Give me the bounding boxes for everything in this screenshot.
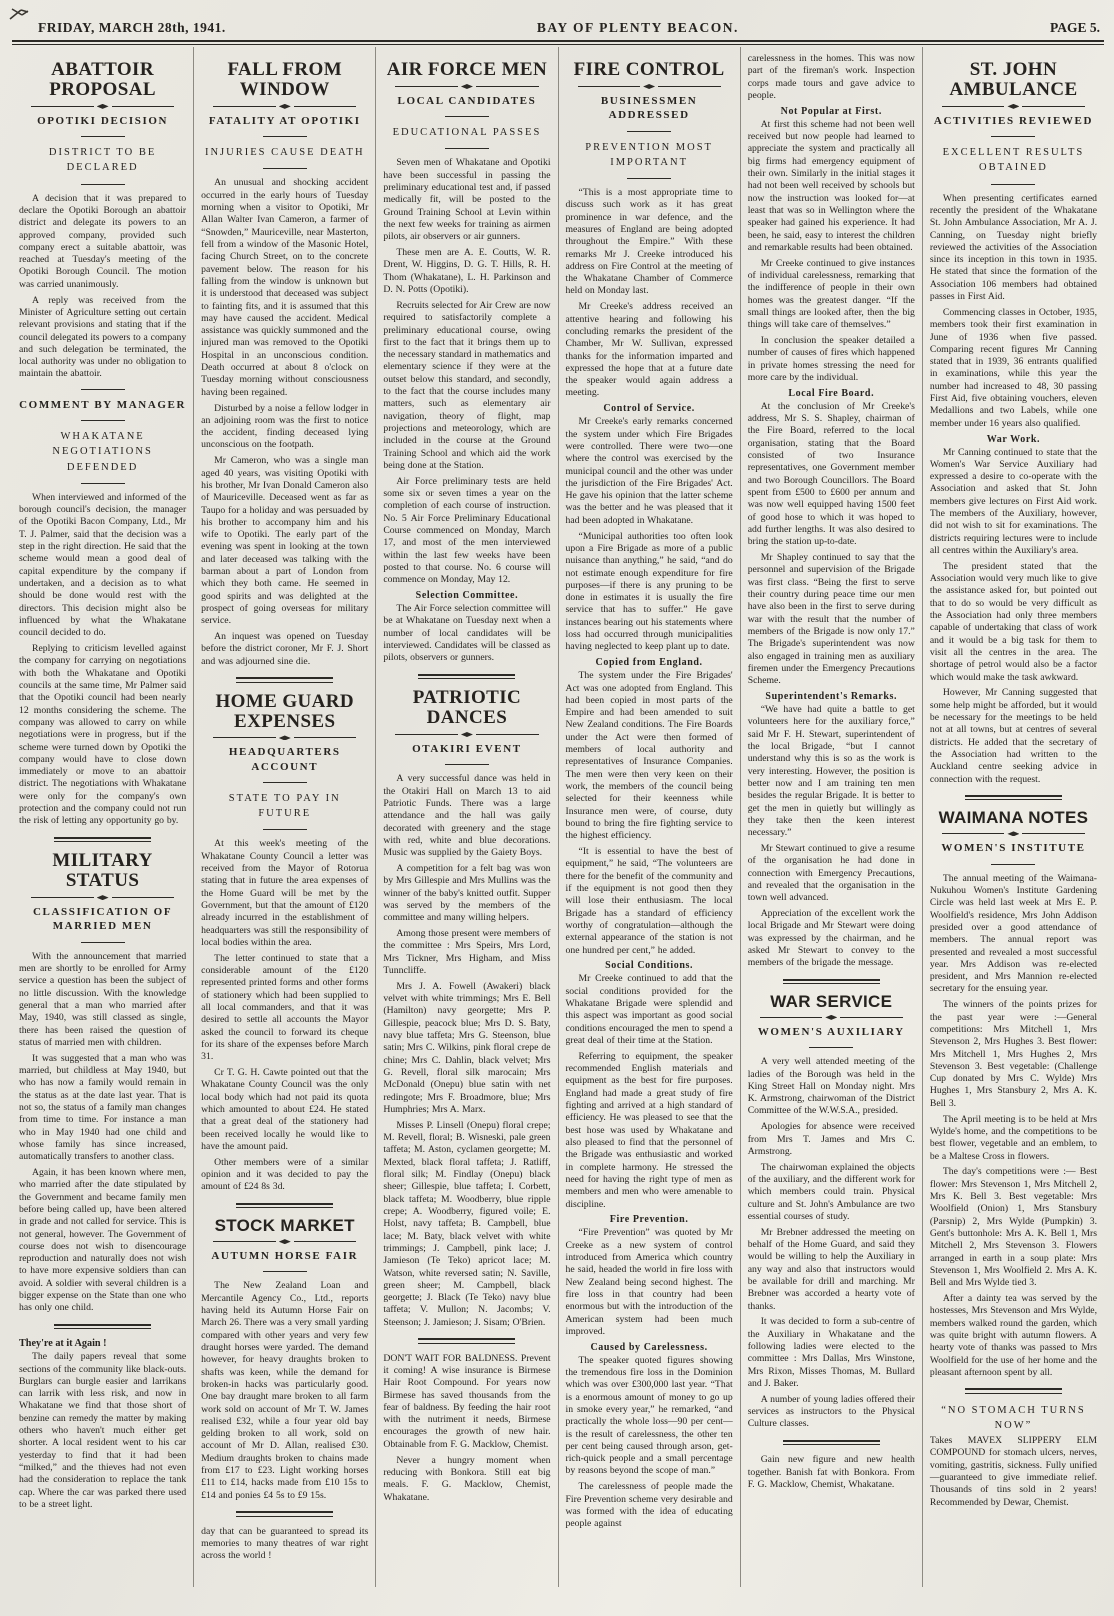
- diamond-ornament-icon: [643, 84, 655, 89]
- paragraph: Appreciation of the excellent work the l…: [748, 908, 915, 970]
- short-rule: [81, 389, 125, 390]
- short-rule: [263, 829, 307, 830]
- article-headline: ABATTOIR PROPOSAL: [19, 60, 186, 100]
- paragraph: The president stated that the Associatio…: [930, 561, 1097, 684]
- short-rule: [445, 148, 489, 149]
- diamond-ornament-icon: [279, 735, 291, 740]
- crosshead: Copied from England.: [566, 657, 733, 668]
- crosshead: Not Popular at First.: [748, 106, 915, 117]
- crosshead: Local Fire Board.: [748, 388, 915, 399]
- paragraph: A reply was received from the Minister o…: [19, 295, 186, 381]
- paragraph: carelessness in the homes. This was now …: [748, 53, 915, 102]
- section-divider: [418, 1338, 515, 1344]
- article-headline: WAIMANA NOTES: [930, 809, 1097, 827]
- short-rule: [263, 136, 307, 137]
- article-kicker: AUTUMN HORSE FAIR: [201, 1249, 368, 1263]
- paragraph: The carelessness of people made the Fire…: [566, 1481, 733, 1530]
- paragraph: The daily papers reveal that some sectio…: [19, 1351, 186, 1511]
- page-number: PAGE 5.: [1050, 20, 1100, 36]
- paragraph: An unusual and shocking accident occurre…: [201, 177, 368, 399]
- section-divider: [783, 1440, 880, 1446]
- paragraph: It was decided to form a sub-centre of t…: [748, 1316, 915, 1390]
- article-headline: ST. JOHN AMBULANCE: [930, 60, 1097, 100]
- diamond-ornament-icon: [461, 84, 473, 89]
- short-rule: [81, 420, 125, 421]
- headline-ornament: [395, 84, 538, 89]
- article-headline: MILITARY STATUS: [19, 851, 186, 891]
- short-rule: [627, 131, 671, 132]
- short-rule: [81, 136, 125, 137]
- paragraph: Takes MAVEX SLIPPERY ELM COMPOUND for st…: [930, 1435, 1097, 1509]
- paragraph: Mr Brebner addressed the meeting on beha…: [748, 1227, 915, 1313]
- article-kicker: WOMEN'S AUXILIARY: [748, 1025, 915, 1039]
- article-kicker: CLASSIFICATION OF MARRIED MEN: [19, 905, 186, 934]
- header-rule: [12, 40, 1104, 45]
- article-headline: FALL FROM WINDOW: [201, 60, 368, 100]
- paragraph: Replying to criticism levelled against t…: [19, 643, 186, 828]
- short-rule: [81, 184, 125, 185]
- paragraph: Again, it has been known where men, who …: [19, 1167, 186, 1315]
- paragraph: The April meeting is to be held at Mrs W…: [930, 1114, 1097, 1163]
- short-rule: [263, 782, 307, 783]
- paragraph: Mr Creeke's address received an attentiv…: [566, 301, 733, 400]
- paragraph: day that can be guaranteed to spread its…: [201, 1526, 368, 1563]
- section-divider: [54, 1324, 151, 1330]
- paragraph: Mr Creeke continued to add that the soci…: [566, 973, 733, 1047]
- headline-ornament: [760, 1015, 903, 1020]
- paragraph: “Fire Prevention” was quoted by Mr Creek…: [566, 1227, 733, 1338]
- column-1: ABATTOIR PROPOSALOPOTIKI DECISIONDISTRIC…: [12, 47, 194, 1587]
- paragraph: When presenting certificates earned rece…: [930, 193, 1097, 304]
- article-kicker: ACTIVITIES REVIEWED: [930, 114, 1097, 128]
- column-2: FALL FROM WINDOWFATALITY AT OPOTIKIINJUR…: [194, 47, 376, 1587]
- article-deck: “NO STOMACH TURNS NOW”: [930, 1403, 1097, 1433]
- headline-ornament: [942, 831, 1085, 836]
- headline-ornament: [213, 1239, 356, 1244]
- paragraph: Commencing classes in October, 1935, mem…: [930, 307, 1097, 430]
- short-rule: [81, 942, 125, 943]
- article-deck: PREVENTION MOST IMPORTANT: [566, 140, 733, 170]
- paragraph: “We have had quite a battle to get volun…: [748, 704, 915, 839]
- crosshead: Superintendent's Remarks.: [748, 691, 915, 702]
- paragraph: These men are A. E. Coutts, W. R. Drent,…: [383, 247, 550, 296]
- paragraph: Mrs J. A. Fowell (Awakeri) black velvet …: [383, 981, 550, 1116]
- column-6: ST. JOHN AMBULANCEACTIVITIES REVIEWEDEXC…: [923, 47, 1104, 1587]
- diamond-ornament-icon: [97, 895, 109, 900]
- article-deck: EXCELLENT RESULTS OBTAINED: [930, 145, 1097, 175]
- headline-ornament: [578, 84, 721, 89]
- headline-ornament: [213, 735, 356, 740]
- headline-ornament: [395, 732, 538, 737]
- article-kicker: COMMENT BY MANAGER: [19, 398, 186, 412]
- paragraph: Mr Creeke's early remarks concerned the …: [566, 416, 733, 527]
- paragraph: The annual meeting of the Waimana-Nukuho…: [930, 873, 1097, 996]
- paragraph: Mr Creeke continued to give instances of…: [748, 258, 915, 332]
- short-rule: [809, 1047, 853, 1048]
- paragraph: With the announcement that married men a…: [19, 951, 186, 1050]
- paragraph: After a dainty tea was served by the hos…: [930, 1293, 1097, 1379]
- short-rule: [991, 864, 1035, 865]
- column-4: FIRE CONTROLBUSINESSMEN ADDRESSEDPREVENT…: [559, 47, 741, 1587]
- section-divider: [236, 677, 333, 683]
- paragraph: A decision that it was prepared to decla…: [19, 193, 186, 292]
- paragraph: The speaker quoted figures showing the t…: [566, 1355, 733, 1478]
- headline-ornament: [31, 104, 174, 109]
- paragraph: A very successful dance was held in the …: [383, 773, 550, 859]
- paragraph: Mr Stewart continued to give a resume of…: [748, 843, 915, 905]
- diamond-ornament-icon: [1007, 831, 1019, 836]
- paragraph: It was suggested that a man who was marr…: [19, 1053, 186, 1164]
- article-headline: PATRIOTIC DANCES: [383, 688, 550, 728]
- short-rule: [445, 116, 489, 117]
- article-headline: WAR SERVICE: [748, 993, 915, 1011]
- paragraph: When interviewed and informed of the bor…: [19, 492, 186, 640]
- column-grid: ABATTOIR PROPOSALOPOTIKI DECISIONDISTRIC…: [12, 47, 1104, 1587]
- article-kicker: LOCAL CANDIDATES: [383, 94, 550, 108]
- paragraph: Never a hungry moment when reducing with…: [383, 1455, 550, 1504]
- paragraph: A number of young ladies offered their s…: [748, 1394, 915, 1431]
- headline-ornament: [942, 104, 1085, 109]
- paragraph: Other members were of a similar opinion …: [201, 1157, 368, 1194]
- paragraph: The day's competitions were :— Best flow…: [930, 1166, 1097, 1289]
- column-5: carelessness in the homes. This was now …: [741, 47, 923, 1587]
- paragraph: At first this scheme had not been well r…: [748, 119, 915, 254]
- page-date: FRIDAY, MARCH 28th, 1941.: [38, 20, 226, 36]
- article-deck: WHAKATANE NEGOTIATIONS DEFENDED: [19, 429, 186, 475]
- paragraph: At this week's meeting of the Whakatane …: [201, 838, 368, 949]
- article-deck: STATE TO PAY IN FUTURE: [201, 791, 368, 821]
- headline-ornament: [213, 104, 356, 109]
- article-deck: DISTRICT TO BE DECLARED: [19, 145, 186, 175]
- article-kicker: OPOTIKI DECISION: [19, 114, 186, 128]
- short-rule: [627, 178, 671, 179]
- short-rule: [263, 168, 307, 169]
- paragraph: Air Force preliminary tests are held som…: [383, 476, 550, 587]
- article-deck: EDUCATIONAL PASSES: [383, 125, 550, 140]
- column-3: AIR FORCE MENLOCAL CANDIDATESEDUCATIONAL…: [376, 47, 558, 1587]
- masthead: BAY OF PLENTY BEACON.: [226, 20, 1050, 36]
- paragraph: Mr Shapley continued to say that the per…: [748, 552, 915, 687]
- paragraph: An inquest was opened on Tuesday before …: [201, 631, 368, 668]
- headline-ornament: [31, 895, 174, 900]
- section-divider: [965, 795, 1062, 801]
- crosshead: Fire Prevention.: [566, 1214, 733, 1225]
- paragraph: However, Mr Canning suggested that some …: [930, 687, 1097, 786]
- paragraph: Cr T. G. H. Cawte pointed out that the W…: [201, 1067, 368, 1153]
- crosshead: Social Conditions.: [566, 960, 733, 971]
- crosshead: Control of Service.: [566, 403, 733, 414]
- paragraph: Gain new figure and new health together.…: [748, 1454, 915, 1491]
- article-kicker: HEADQUARTERS ACCOUNT: [201, 745, 368, 774]
- paragraph: The Air Force selection committee will b…: [383, 603, 550, 665]
- newspaper-page: FRIDAY, MARCH 28th, 1941. BAY OF PLENTY …: [0, 0, 1114, 1616]
- short-rule: [991, 136, 1035, 137]
- paragraph: The system under the Fire Brigades' Act …: [566, 670, 733, 842]
- section-divider: [236, 1203, 333, 1209]
- paragraph: Recruits selected for Air Crew are now r…: [383, 300, 550, 472]
- page-header: FRIDAY, MARCH 28th, 1941. BAY OF PLENTY …: [12, 4, 1104, 38]
- diamond-ornament-icon: [279, 104, 291, 109]
- diamond-ornament-icon: [461, 732, 473, 737]
- diamond-ornament-icon: [825, 1015, 837, 1020]
- paragraph: “This is a most appropriate time to disc…: [566, 187, 733, 298]
- paragraph: In conclusion the speaker detailed a num…: [748, 335, 915, 384]
- short-rule: [263, 1271, 307, 1272]
- paragraph: The winners of the points prizes for the…: [930, 999, 1097, 1110]
- article-deck: INJURIES CAUSE DEATH: [201, 145, 368, 160]
- paragraph: A competition for a felt bag was won by …: [383, 863, 550, 925]
- paragraph: A very well attended meeting of the ladi…: [748, 1056, 915, 1118]
- section-divider: [783, 979, 880, 985]
- handwritten-mark: [8, 6, 30, 27]
- paragraph: Seven men of Whakatane and Opotiki have …: [383, 157, 550, 243]
- paragraph: “It is essential to have the best of equ…: [566, 846, 733, 957]
- paragraph: Referring to equipment, the speaker reco…: [566, 1051, 733, 1211]
- paragraph: “Municipal authorities too often look up…: [566, 531, 733, 654]
- paragraph: The chairwoman explained the objects of …: [748, 1162, 915, 1224]
- section-divider: [418, 674, 515, 680]
- short-rule: [445, 764, 489, 765]
- paragraph: Disturbed by a noise a fellow lodger in …: [201, 403, 368, 452]
- article-kicker: WOMEN'S INSTITUTE: [930, 841, 1097, 855]
- section-divider: [54, 837, 151, 843]
- paragraph: Mr Cameron, who was a single man aged 40…: [201, 455, 368, 627]
- short-rule: [81, 483, 125, 484]
- article-kicker: FATALITY AT OPOTIKI: [201, 114, 368, 128]
- diamond-ornament-icon: [97, 104, 109, 109]
- diamond-ornament-icon: [1007, 104, 1019, 109]
- crosshead: Selection Committee.: [383, 590, 550, 601]
- short-rule: [991, 184, 1035, 185]
- lead-in-heading: They're at it Again !: [19, 1338, 186, 1349]
- article-headline: AIR FORCE MEN: [383, 60, 550, 80]
- paragraph: Mr Canning continued to state that the W…: [930, 447, 1097, 558]
- paragraph: Among those present were members of the …: [383, 928, 550, 977]
- diamond-ornament-icon: [279, 1239, 291, 1244]
- article-headline: STOCK MARKET: [201, 1217, 368, 1235]
- paragraph: Apologies for absence were received from…: [748, 1121, 915, 1158]
- section-divider: [965, 1388, 1062, 1394]
- paragraph: Misses P. Linsell (Onepu) floral crepe; …: [383, 1120, 550, 1329]
- crosshead: War Work.: [930, 434, 1097, 445]
- article-headline: FIRE CONTROL: [566, 60, 733, 80]
- paragraph: At the conclusion of Mr Creeke's address…: [748, 401, 915, 549]
- article-kicker: BUSINESSMEN ADDRESSED: [566, 94, 733, 123]
- paragraph: DON'T WAIT FOR BALDNESS. Prevent it comi…: [383, 1353, 550, 1452]
- section-divider: [236, 1511, 333, 1517]
- article-kicker: OTAKIRI EVENT: [383, 742, 550, 756]
- crosshead: Caused by Carelessness.: [566, 1342, 733, 1353]
- paragraph: The New Zealand Loan and Mercantile Agen…: [201, 1280, 368, 1502]
- article-headline: HOME GUARD EXPENSES: [201, 692, 368, 732]
- paragraph: The letter continued to state that a con…: [201, 953, 368, 1064]
